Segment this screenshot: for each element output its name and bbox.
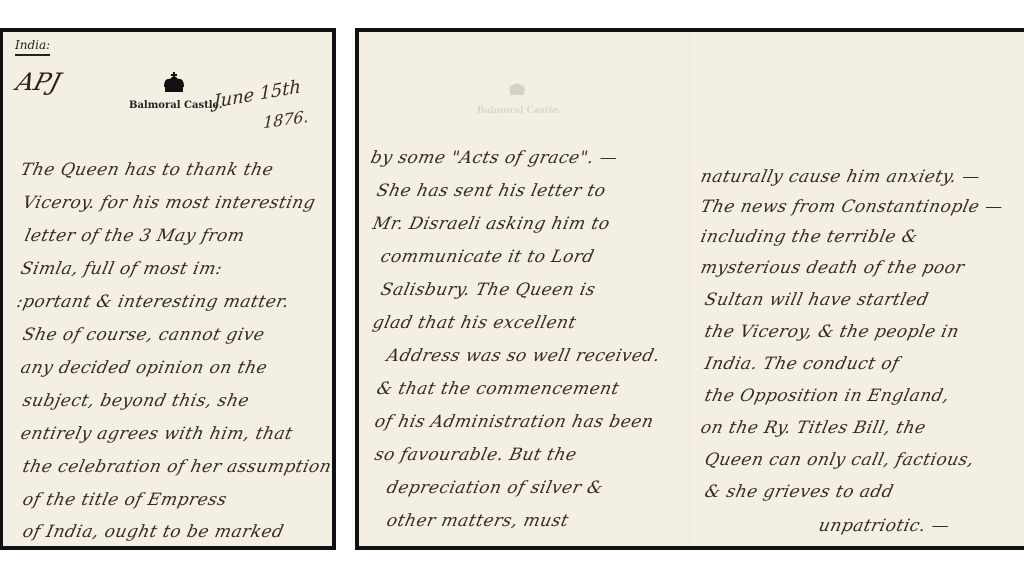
text-line: the Opposition in England, <box>703 386 951 406</box>
text-line: the Viceroy, & the people in <box>703 322 961 342</box>
crown-icon <box>161 72 187 94</box>
text-line: India. The conduct of <box>703 354 901 374</box>
letter-date-day: June 15th <box>214 76 301 113</box>
text-line: of the title of Empress <box>21 490 229 510</box>
text-line: by some "Acts of grace". — <box>369 148 620 168</box>
text-line: mysterious death of the poor <box>699 258 966 278</box>
text-line: Mr. Disraeli asking him to <box>371 214 612 234</box>
page-fold <box>689 32 691 546</box>
text-line: subject, beyond this, she <box>21 391 251 411</box>
text-line: She has sent his letter to <box>375 181 608 201</box>
text-line: entirely agrees with him, that <box>19 424 295 444</box>
margin-note: India: <box>15 38 50 56</box>
text-line: glad that his excellent <box>371 313 578 333</box>
text-line: & she grieves to add <box>703 482 896 502</box>
text-line: the celebration of her assumption <box>21 457 334 477</box>
text-line: Salisbury. The Queen is <box>379 280 598 300</box>
initials-annotation: APJ <box>13 68 64 96</box>
text-line: :portant & interesting matter. <box>15 292 291 312</box>
text-line: Address was so well received. <box>385 346 662 366</box>
text-line: communicate it to Lord <box>379 247 596 267</box>
text-line: The Queen has to thank the <box>19 160 275 180</box>
text-line: She of course, cannot give <box>21 325 267 345</box>
text-line: depreciation of silver & <box>385 478 605 498</box>
text-line: Simla, full of most im: <box>19 259 224 279</box>
letter-date-year: 1876. <box>263 107 309 133</box>
text-line: letter of the 3 May from <box>23 226 247 246</box>
text-line: so favourable. But the <box>373 445 579 465</box>
text-line: other matters, must <box>385 511 571 531</box>
letter-page-2-3: Balmoral Castle. by some "Acts of grace"… <box>355 28 1024 550</box>
text-line: unpatriotic. — <box>817 516 951 536</box>
text-line: Viceroy. for his most interesting <box>21 193 317 213</box>
letterhead-address: Balmoral Castle. <box>129 100 222 111</box>
text-line: any decided opinion on the <box>19 358 269 378</box>
text-line: Queen can only call, factious, <box>703 450 976 470</box>
text-line: The news from Constantinople — <box>699 197 1005 217</box>
crown-icon <box>507 78 527 98</box>
text-line: of his Administration has been <box>373 412 656 432</box>
ghost-letterhead: Balmoral Castle. <box>477 106 561 116</box>
text-line: of India, ought to be marked <box>21 522 286 542</box>
letter-page-1: India: APJ Balmoral Castle. June 15th 18… <box>0 28 336 550</box>
text-line: including the terrible & <box>699 227 920 247</box>
text-line: on the Ry. Titles Bill, the <box>699 418 928 438</box>
text-line: & that the commencement <box>375 379 621 399</box>
text-line: naturally cause him anxiety. — <box>699 167 982 187</box>
text-line: Sultan will have startled <box>703 290 931 310</box>
